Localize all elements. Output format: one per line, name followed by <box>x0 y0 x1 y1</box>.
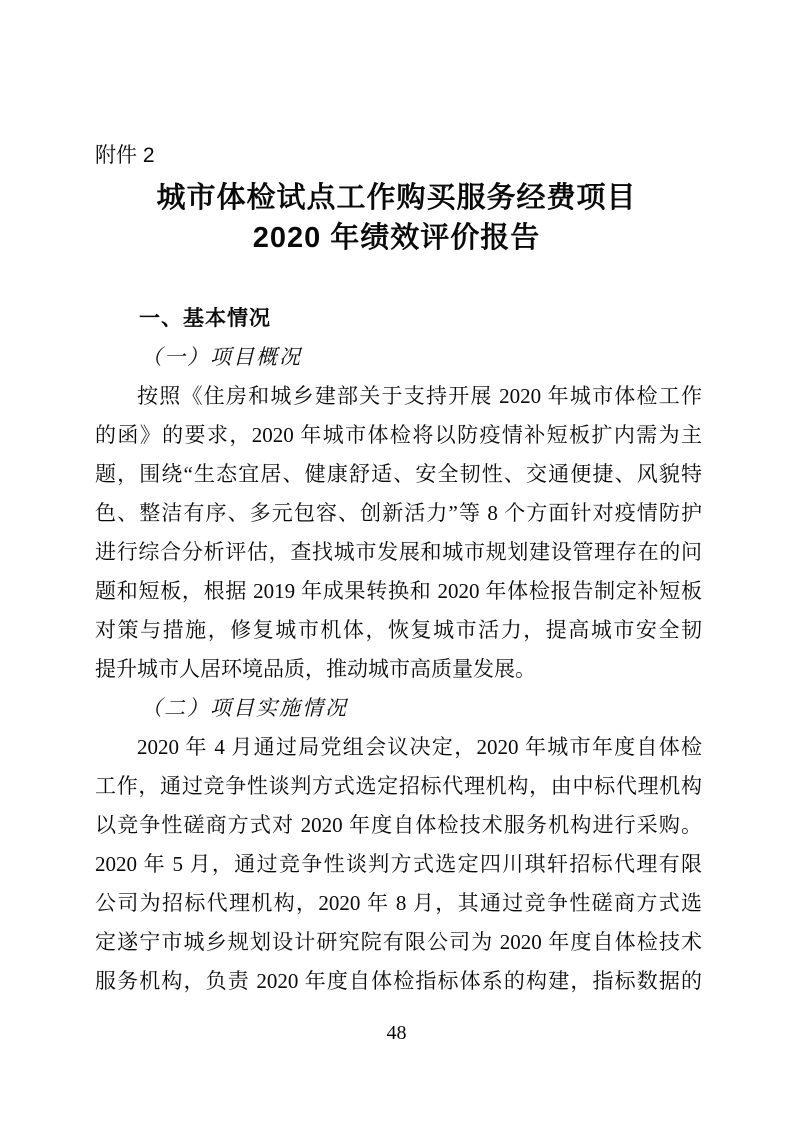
document-line: 题，围绕“生态宜居、健康舒适、安全韧性、交通便捷、风貌特 <box>95 455 702 494</box>
document-line: 2020 年 4 月通过局党组会议决定，2020 年城市年度自体检 <box>95 728 702 767</box>
document-line: 一、基本情况 <box>95 299 702 338</box>
document-title-line-1: 城市体检试点工作购买服务经费项目 <box>0 178 793 218</box>
document-line: 公司为招标代理机构，2020 年 8 月，其通过竞争性磋商方式选 <box>95 884 702 923</box>
document-page: 附件 2 城市体检试点工作购买服务经费项目 2020 年绩效评价报告 一、基本情… <box>0 0 793 1122</box>
attachment-label: 附件 2 <box>95 142 155 170</box>
document-line: 按照《住房和城乡建部关于支持开展 2020 年城市体检工作 <box>95 377 702 416</box>
document-line: 服务机构，负责 2020 年度自体检指标体系的构建，指标数据的 <box>95 962 702 1001</box>
document-line: 题和短板，根据 2019 年成果转换和 2020 年体检报告制定补短板 <box>95 572 702 611</box>
document-line: 的函》的要求，2020 年城市体检将以防疫情补短板扩内需为主 <box>95 416 702 455</box>
document-line: 以竞争性磋商方式对 2020 年度自体检技术服务机构进行采购。 <box>95 806 702 845</box>
document-line: （二）项目实施情况 <box>95 689 702 728</box>
document-title-line-2: 2020 年绩效评价报告 <box>0 218 793 258</box>
document-line: 2020 年 5 月，通过竞争性谈判方式选定四川琪轩招标代理有限 <box>95 845 702 884</box>
document-line: 定遂宁市城乡规划设计研究院有限公司为 2020 年度自体检技术 <box>95 923 702 962</box>
document-title: 城市体检试点工作购买服务经费项目 2020 年绩效评价报告 <box>0 178 793 258</box>
document-line: 进行综合分析评估，查找城市发展和城市规划建设管理存在的问 <box>95 533 702 572</box>
document-body: 一、基本情况（一）项目概况按照《住房和城乡建部关于支持开展 2020 年城市体检… <box>95 299 702 1001</box>
document-line: 提升城市人居环境品质，推动城市高质量发展。 <box>95 650 702 689</box>
document-line: （一）项目概况 <box>95 338 702 377</box>
page-number: 48 <box>0 1019 793 1047</box>
document-line: 工作，通过竞争性谈判方式选定招标代理机构，由中标代理机构 <box>95 767 702 806</box>
document-line: 色、整洁有序、多元包容、创新活力”等 8 个方面针对疫情防护 <box>95 494 702 533</box>
document-line: 对策与措施，修复城市机体，恢复城市活力，提高城市安全韧性， <box>95 611 702 650</box>
